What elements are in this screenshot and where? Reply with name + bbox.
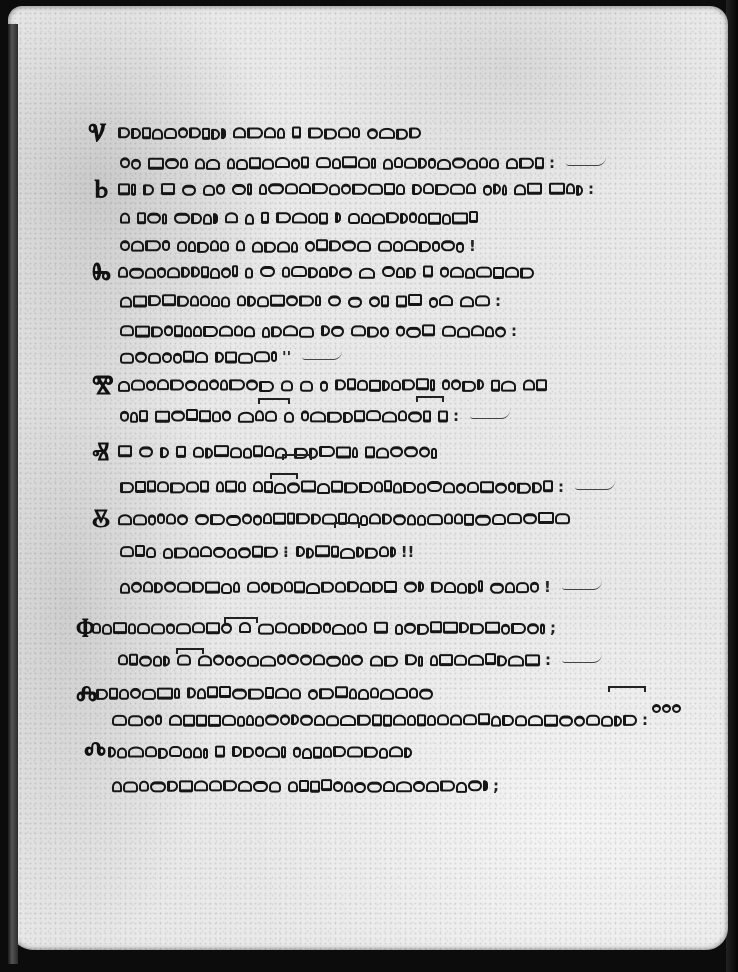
glyph [280, 714, 290, 725]
glyph [248, 688, 264, 699]
glyph [214, 445, 229, 457]
word [305, 238, 371, 254]
glyph [574, 715, 585, 726]
glyph [382, 266, 395, 277]
glyph [423, 266, 433, 278]
manuscript-line: ⰴⰵⰹⰹⰰⰹⰹⰵ ⰿ ⰴⰴⰵ ⰹⰹⰴⰹⰹⰹⰴⰴ [108, 743, 412, 761]
glyph [348, 213, 360, 224]
word [284, 408, 294, 424]
glyph [253, 514, 262, 525]
word [182, 181, 196, 197]
glyph [317, 483, 330, 494]
glyph [376, 447, 389, 458]
initial-letter: Ⰾ [76, 680, 98, 706]
initial-letter: Ⰴ [84, 739, 106, 765]
glyph [215, 351, 224, 362]
glyph [200, 481, 209, 493]
glyph [162, 352, 172, 363]
glyph [358, 157, 370, 168]
glyph [186, 409, 198, 421]
glyph [277, 127, 285, 138]
manuscript-line: ⰴⰴⰵⰹⰹⱄⱅⱄⰹ ⰴⰹⰴⰹⰹⱄⰵⰿⰰⰴⰵ! [120, 578, 602, 596]
word [293, 744, 412, 760]
word [405, 652, 423, 668]
glyph [378, 240, 392, 251]
glyph [211, 296, 220, 307]
glyph [225, 352, 237, 364]
glyph [535, 157, 544, 169]
word [308, 125, 360, 141]
glyph [118, 514, 132, 525]
manuscript-line: ⰿⰴⱅⰻⰿⰳⰵⰿⱅⱔⰴⰴⱃⰿⱔⰵ ⱄⰹⰵⱅ ⰿⰻ ⰵⰿⰹ: [118, 180, 594, 198]
glyph [427, 481, 442, 492]
glyph [180, 157, 188, 168]
initial-letter: Ⰻ [92, 506, 110, 532]
glyph [264, 241, 276, 252]
glyph [146, 547, 156, 558]
word [176, 444, 186, 460]
glyph [232, 184, 246, 195]
glyph [169, 746, 182, 757]
glyph [306, 583, 320, 594]
word [108, 744, 208, 760]
glyph [255, 715, 264, 726]
glyph [245, 267, 253, 278]
glyph [174, 212, 190, 223]
glyph [252, 546, 263, 558]
glyph [261, 581, 270, 592]
glyph [335, 581, 346, 592]
glyph [404, 446, 418, 457]
word [112, 712, 162, 728]
glyph [491, 380, 500, 392]
glyph [418, 655, 423, 666]
glyph [147, 481, 156, 493]
manuscript-line: ⰹⰹⰹⰰ ⱅⰵⰿⰹⰵⰿⰹⰵⰿⰵⰹⰹⰹⰹⰴⰵⰵⰴⰵⰵ: [112, 711, 648, 729]
glyph [120, 212, 130, 223]
manuscript-line: ⰹⰵⰿⱄⰵ ⰴⰿⰴⰴⰵⰵ ⰻ ⱄⰴⰹⰵⱅⰴⰵ⁝!! [120, 543, 414, 561]
word [296, 544, 396, 560]
glyph [183, 747, 192, 758]
word [236, 238, 245, 254]
word [120, 210, 130, 226]
word [227, 155, 309, 171]
glyph [291, 241, 298, 252]
glyph [495, 482, 507, 493]
glyph [354, 782, 366, 793]
glyph [130, 687, 141, 698]
glyph [170, 379, 184, 390]
glyph [238, 547, 251, 558]
glyph [516, 582, 529, 593]
glyph [351, 325, 366, 336]
glyph [384, 655, 398, 666]
glyph [347, 581, 359, 592]
glyph [372, 581, 383, 592]
glyph [198, 655, 212, 666]
glyph [342, 156, 357, 168]
word [120, 155, 141, 171]
glyph [167, 267, 180, 278]
glyph [372, 213, 385, 224]
glyph [206, 158, 220, 169]
glyph [131, 158, 141, 169]
end-punctuation: ; [550, 619, 556, 637]
glyph [291, 266, 307, 277]
glyph [246, 714, 254, 725]
glyph [468, 654, 484, 665]
glyph [493, 267, 504, 279]
glyph [183, 715, 195, 727]
glyph [437, 714, 449, 725]
glyph [151, 326, 163, 337]
glyph [310, 411, 326, 422]
end-punctuation: ; [493, 777, 499, 795]
glyph [271, 351, 277, 362]
glyph [428, 157, 436, 168]
line-end-flourish [470, 410, 510, 419]
glyph [505, 266, 519, 277]
glyph [478, 713, 490, 725]
titlo-overline [176, 648, 204, 654]
glyph [232, 746, 242, 757]
glyph [243, 746, 254, 757]
marginal-note: ⰹⰴⰴ [652, 699, 681, 717]
glyph [92, 622, 101, 633]
glyph [203, 213, 212, 224]
glyph [308, 267, 318, 278]
word [431, 579, 483, 595]
word [483, 181, 507, 197]
glyph [213, 654, 224, 665]
glyph [372, 714, 382, 726]
glyph [265, 410, 277, 421]
line-end-flourish [302, 351, 342, 360]
glyph [287, 482, 300, 493]
glyph [323, 746, 332, 757]
glyph [354, 410, 365, 422]
glyph [344, 482, 358, 493]
glyph [238, 352, 253, 363]
word [120, 544, 156, 560]
glyph [369, 513, 381, 524]
word [148, 155, 188, 171]
glyph [263, 513, 272, 524]
glyph [188, 241, 196, 252]
glyph [489, 158, 499, 169]
end-punctuation: : [495, 292, 501, 310]
end-punctuation: : [549, 154, 555, 172]
glyph [238, 481, 246, 492]
glyph [341, 183, 351, 194]
glyph [144, 715, 154, 726]
glyph [300, 714, 313, 725]
glyph [305, 240, 315, 251]
word [396, 293, 422, 309]
word [163, 544, 278, 560]
glyph [171, 410, 185, 421]
glyph [221, 128, 226, 139]
end-punctuation: : [511, 322, 517, 340]
glyph [406, 326, 421, 337]
glyph [145, 746, 157, 757]
word [112, 778, 281, 794]
word [237, 293, 321, 309]
glyph [135, 326, 150, 338]
glyph [232, 688, 247, 699]
glyph [222, 410, 231, 421]
word [369, 293, 389, 309]
glyph [189, 546, 199, 557]
glyph [365, 547, 378, 558]
glyph [443, 622, 458, 634]
glyph [396, 325, 405, 336]
glyph [118, 183, 130, 195]
glyph [339, 267, 352, 278]
glyph [225, 212, 238, 223]
glyph [427, 514, 443, 525]
glyph [313, 654, 325, 665]
glyph [203, 326, 218, 337]
glyph [230, 447, 242, 458]
glyph [389, 746, 403, 757]
glyph [247, 581, 260, 592]
glyph [129, 267, 144, 278]
word [430, 652, 540, 668]
glyph [213, 213, 218, 224]
end-punctuation: ! [469, 237, 476, 255]
glyph [672, 704, 681, 713]
word [383, 155, 499, 171]
glyph [457, 582, 467, 593]
glyph [476, 266, 492, 277]
glyph [614, 715, 622, 726]
glyph [131, 240, 144, 251]
glyph [442, 379, 450, 390]
glyph [296, 546, 305, 557]
glyph [102, 623, 112, 634]
glyph [308, 212, 318, 223]
glyph [185, 380, 197, 391]
manuscript-line: ⰳ ⱅⱖⱓ ⰱⰵ ⰴⱀⰴⰰⱀⱔ ⱍⰻⰹⰳⰰⰵ ⱄⰴⱀⰵⱃⰵ: [120, 154, 606, 172]
glyph [396, 128, 408, 139]
glyph [203, 184, 215, 195]
glyph [139, 446, 153, 457]
glyph [234, 325, 243, 336]
glyph [271, 582, 283, 593]
word [253, 479, 553, 495]
glyph [247, 295, 256, 306]
glyph [351, 654, 363, 665]
glyph [559, 715, 573, 726]
glyph [470, 623, 484, 634]
word [260, 264, 275, 280]
glyph [471, 325, 484, 336]
glyph [193, 747, 202, 758]
glyph [195, 514, 209, 525]
glyph [368, 183, 383, 194]
word [281, 377, 293, 393]
word [143, 181, 154, 197]
glyph [406, 267, 416, 278]
word [359, 264, 375, 280]
glyph [393, 714, 406, 725]
glyph [200, 546, 212, 557]
glyph [237, 715, 245, 726]
word [252, 238, 298, 254]
glyph [409, 212, 417, 223]
glyph [210, 514, 225, 525]
glyph [118, 127, 130, 138]
glyph [220, 379, 228, 390]
word [440, 264, 534, 280]
glyph [264, 481, 273, 493]
word [438, 408, 448, 424]
glyph [319, 266, 328, 277]
glyph [151, 623, 165, 634]
glyph [216, 481, 224, 492]
glyph [236, 240, 245, 251]
glyph [475, 295, 490, 306]
glyph [357, 714, 371, 725]
titlo-overline [258, 398, 290, 404]
glyph [538, 512, 554, 524]
word [292, 125, 301, 141]
glyph [493, 183, 501, 194]
glyph [135, 351, 147, 362]
glyph [478, 580, 483, 592]
glyph [408, 294, 422, 306]
glyph [227, 547, 237, 558]
glyph [177, 295, 189, 306]
glyph [439, 654, 453, 666]
glyph [423, 411, 431, 423]
manuscript-line: ⰴⰵⰹⰴⰿⰹⰴⰵⰵ ⱄⰹⰹⰿⰰⰹⰰⱄⰹⰴⰿⰴⰹⰵⰹ: [120, 478, 615, 496]
glyph [197, 688, 206, 699]
glyph [167, 780, 178, 791]
line-end-flourish [562, 654, 602, 663]
glyph [262, 158, 274, 169]
glyph [371, 157, 376, 168]
glyph [308, 689, 318, 700]
glyph [409, 687, 418, 698]
word [348, 210, 478, 226]
glyph [131, 184, 136, 196]
glyph [404, 240, 418, 251]
word [118, 511, 188, 527]
word [335, 377, 435, 393]
glyph [409, 127, 421, 138]
word [118, 377, 274, 393]
glyph [457, 326, 470, 337]
glyph [260, 266, 275, 277]
word [365, 444, 437, 460]
glyph [442, 325, 456, 336]
glyph [379, 546, 389, 557]
glyph [150, 781, 166, 792]
word [321, 323, 344, 339]
glyph [344, 781, 353, 792]
word [118, 264, 238, 280]
glyph [403, 482, 416, 493]
glyph [393, 514, 406, 525]
glyph [418, 581, 424, 592]
word [549, 181, 583, 197]
glyph [259, 381, 274, 392]
word [232, 744, 286, 760]
glyph [430, 379, 435, 391]
glyph [155, 714, 162, 725]
glyph [508, 481, 516, 492]
word [187, 685, 301, 701]
glyph [357, 622, 367, 633]
glyph [360, 515, 368, 526]
word [137, 210, 167, 226]
word [412, 181, 476, 197]
glyph [528, 715, 543, 726]
glyph [155, 411, 170, 423]
glyph [270, 295, 285, 307]
glyph [366, 410, 381, 421]
glyph [527, 183, 542, 195]
glyph [203, 748, 208, 759]
glyph [255, 746, 264, 757]
glyph [177, 654, 191, 665]
glyph [164, 581, 176, 592]
glyph [467, 481, 479, 492]
glyph [146, 380, 156, 391]
word [490, 579, 539, 595]
glyph [358, 688, 369, 699]
glyph [329, 266, 338, 277]
glyph [257, 296, 269, 307]
glyph [300, 380, 313, 391]
glyph [221, 296, 230, 307]
glyph [299, 295, 314, 306]
glyph [429, 297, 438, 308]
glyph [505, 582, 515, 593]
word [160, 444, 169, 460]
word [169, 712, 637, 728]
word [174, 210, 218, 226]
glyph [169, 714, 182, 725]
word [215, 744, 225, 760]
word [506, 155, 544, 171]
glyph [501, 623, 510, 634]
glyph [222, 714, 236, 725]
glyph [112, 714, 127, 725]
glyph [226, 515, 241, 526]
glyph [199, 410, 211, 422]
glyph [253, 481, 263, 492]
glyph [227, 158, 235, 169]
glyph [135, 481, 146, 493]
glyph [142, 127, 151, 139]
glyph [282, 266, 290, 277]
glyph [179, 780, 193, 792]
glyph [426, 781, 439, 792]
glyph [120, 157, 130, 168]
glyph [463, 714, 477, 725]
manuscript-line: ⰹⰴⰴⰻⰹⰹⰵⰵⰵⰹⰹⰴ ⰴ ⰴⰹⰹⰴⰴⰴⰴ ⰿⰰⰳⰹⰵⰴⰳⰹ; [92, 619, 556, 637]
glyph [142, 688, 156, 699]
glyph [238, 411, 254, 422]
glyph [419, 241, 431, 252]
glyph [275, 687, 289, 698]
glyph [273, 513, 286, 525]
word [367, 125, 421, 141]
word [155, 408, 231, 424]
